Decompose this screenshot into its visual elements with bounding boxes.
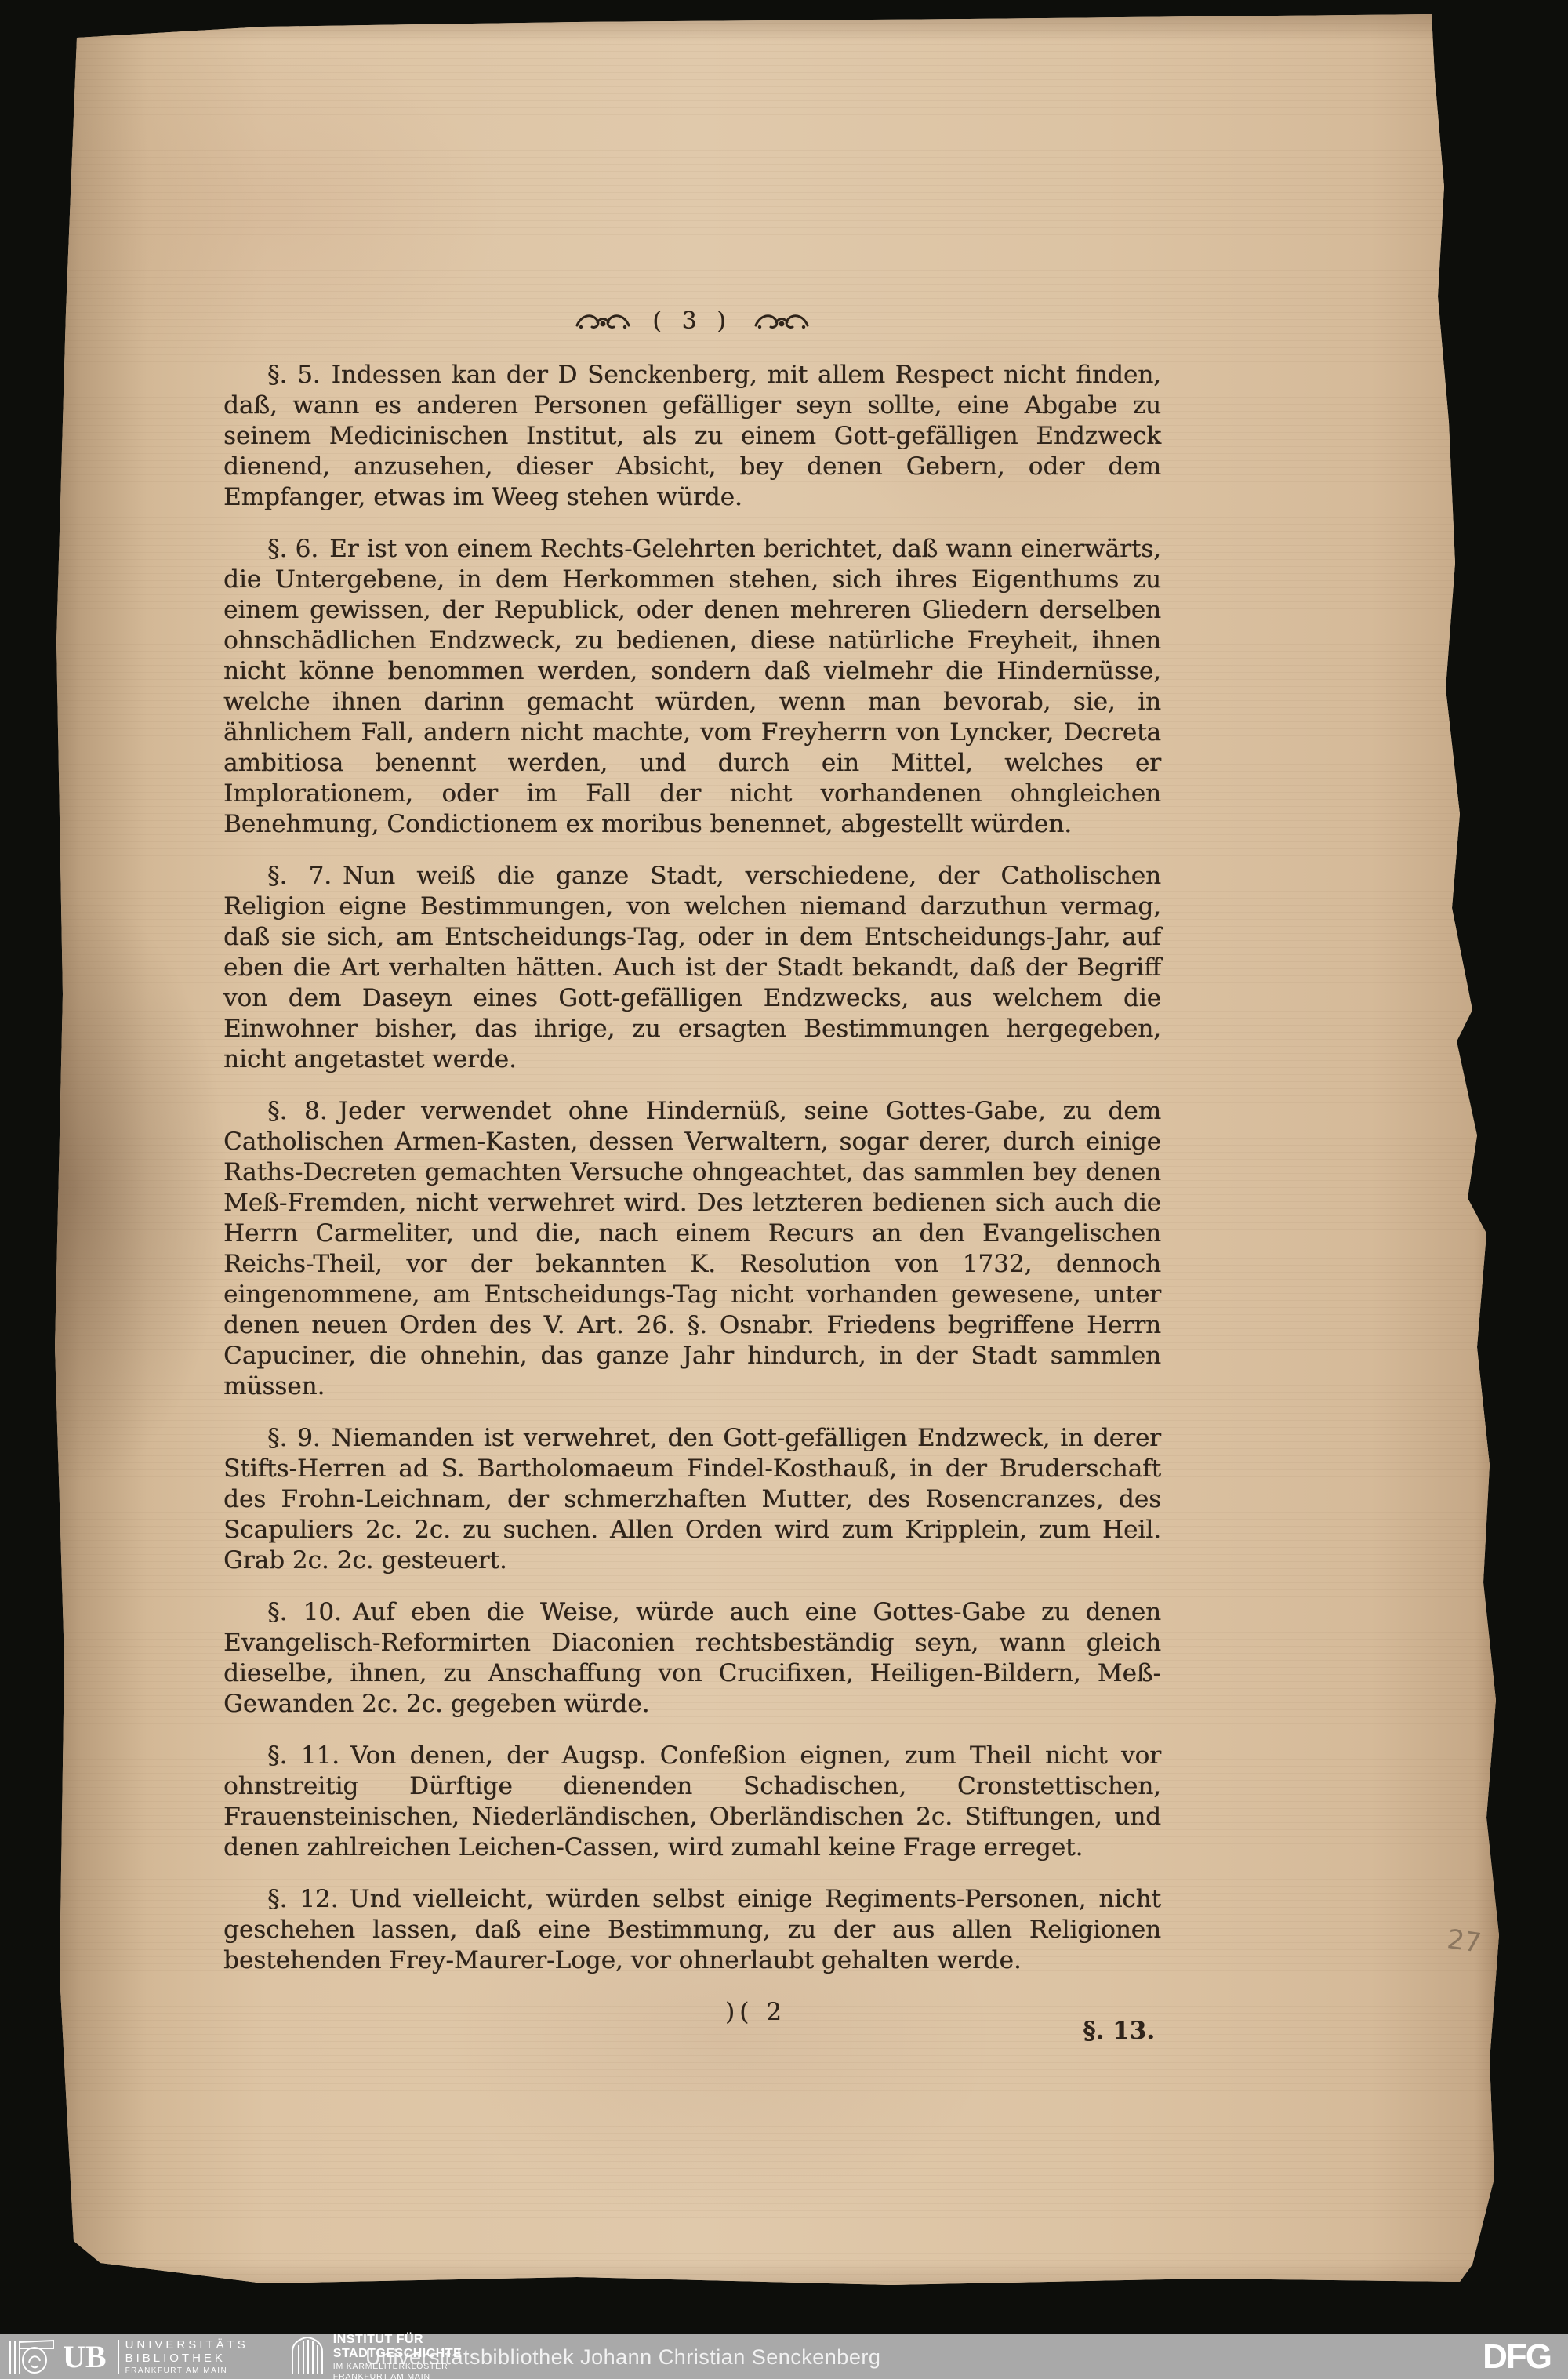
paragraph-text: Jeder verwendet ohne Hindernüß, seine Go… (223, 1097, 1161, 1400)
paragraph-text: Indessen kan der D Senckenberg, mit alle… (223, 361, 1161, 511)
ub-logo-text: UNIVERSITÄTS BIBLIOTHEK FRANKFURT AM MAI… (118, 2340, 249, 2374)
paragraph-text: Er ist von einem Rechts-Gelehrten berich… (223, 535, 1161, 838)
ub-line3: FRANKFURT AM MAIN (125, 2366, 249, 2376)
paragraph-text: Niemanden ist verwehret, den Gott-gefäll… (223, 1424, 1161, 1574)
paragraph-text: Nun weiß die ganze Stadt, verschiedene, … (223, 862, 1161, 1073)
scan-viewport: { "scan": { "header": { "page_number": "… (0, 0, 1568, 2379)
catchword: §. 13. (1083, 2016, 1155, 2047)
fleuron-left-icon (574, 311, 632, 332)
ub-library-icon (8, 2339, 56, 2375)
paragraph-label: §. 10. (267, 1598, 342, 1626)
paragraph-label: §. 7. (267, 862, 332, 890)
handwritten-note: 27 (1445, 1923, 1483, 1959)
ub-abbr: UB (63, 2341, 107, 2373)
paragraph: §. 6.Er ist von einem Rechts-Gelehrten b… (223, 534, 1161, 840)
institut-line1: INSTITUT FÜR (333, 2333, 463, 2347)
paragraph-label: §. 8. (267, 1097, 328, 1125)
library-name: Universitätsbibliothek Johann Christian … (365, 2345, 880, 2370)
paragraph-label: §. 6. (267, 535, 318, 563)
paragraph: §. 10.Auf eben die Weise, würde auch ein… (223, 1597, 1161, 1720)
page-header: ( 3 ) (223, 306, 1161, 336)
signature-mark: )( 2 (725, 1997, 786, 2028)
paragraph-text: Und vielleicht, würden selbst einige Reg… (223, 1885, 1161, 1974)
paragraph-text: Von denen, der Augsp. Confeßion eignen, … (223, 1742, 1161, 1861)
paragraph: §. 7.Nun weiß die ganze Stadt, verschied… (223, 861, 1161, 1075)
ub-line1: UNIVERSITÄTS (125, 2338, 249, 2352)
paragraph: §. 5.Indessen kan der D Senckenberg, mit… (223, 360, 1161, 513)
paragraph: §. 9.Niemanden ist verwehret, den Gott-g… (223, 1423, 1161, 1576)
paragraph-text: Auf eben die Weise, würde auch eine Gott… (223, 1598, 1161, 1718)
paragraph: §. 11.Von denen, der Augsp. Confeßion ei… (223, 1741, 1161, 1863)
paragraph-label: §. 11. (267, 1742, 339, 1770)
paragraph: §. 8.Jeder verwendet ohne Hindernüß, sei… (223, 1096, 1161, 1402)
page-text-block: ( 3 ) §. 5.Indessen kan der D Senckenber… (223, 306, 1161, 2060)
paragraph-label: §. 9. (267, 1424, 321, 1452)
institut-arch-icon (289, 2336, 325, 2377)
paragraph: §. 12.Und vielleicht, würden selbst eini… (223, 1884, 1161, 1976)
dfg-logo: DFG (1483, 2337, 1551, 2377)
paragraph-label: §. 5. (267, 361, 321, 389)
fleuron-right-icon (753, 311, 811, 332)
signature-row: )( 2 §. 13. (223, 1997, 1161, 2060)
footer-bar: UB UNIVERSITÄTS BIBLIOTHEK FRANKFURT AM … (0, 2334, 1568, 2379)
paragraph-label: §. 12. (267, 1885, 338, 1913)
institut-line4: FRANKFURT AM MAIN (333, 2372, 463, 2379)
ub-logo: UB UNIVERSITÄTS BIBLIOTHEK FRANKFURT AM … (8, 2339, 249, 2375)
page-number: ( 3 ) (652, 306, 732, 336)
page-paper: ( 3 ) §. 5.Indessen kan der D Senckenber… (28, 14, 1519, 2310)
ub-line2: BIBLIOTHEK (125, 2352, 249, 2365)
